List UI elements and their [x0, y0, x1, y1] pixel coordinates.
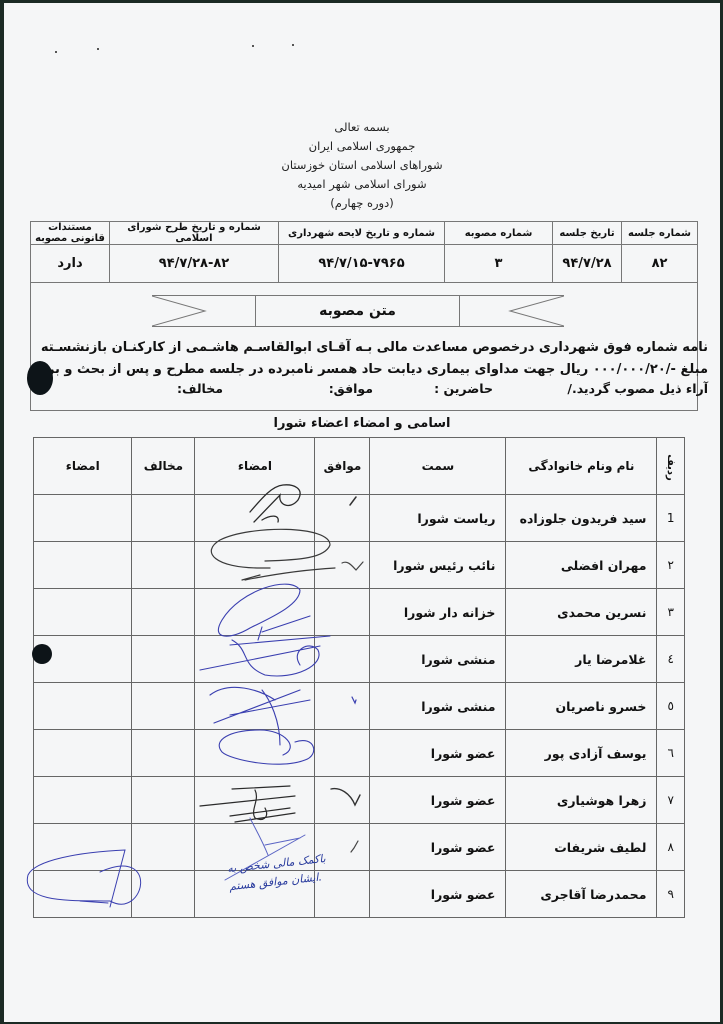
member-oppose-cell — [132, 824, 195, 871]
header-oppose: مخالف — [132, 438, 195, 495]
member-name: غلامرضا یار — [506, 636, 657, 683]
member-role: عضو شورا — [370, 777, 506, 824]
member-signature-cell — [195, 777, 315, 824]
members-header-row: ردیف نام ونام خانوادگی سمت موافق امضاء م… — [34, 438, 685, 495]
member-agree-cell — [315, 542, 370, 589]
document-page: بسمه تعالی جمهوری اسلامی ایران شوراهای ا… — [4, 3, 720, 1022]
member-signature2-cell — [34, 636, 132, 683]
paper-speck — [55, 51, 57, 53]
member-row: ٦ یوسف آزادی پور عضو شورا — [34, 730, 685, 777]
vote-summary: آراء ذیل مصوب گردید./ حاضرین : موافق: مخ… — [40, 381, 708, 403]
letterhead-province-councils: شوراهای اسلامی استان خوزستان — [4, 156, 720, 175]
resolution-banner: متن مصوبه — [152, 295, 564, 327]
header-council-plan: شماره و تاریخ طرح شورای اسلامی — [110, 222, 279, 245]
value-resolution-number: ۳ — [445, 245, 553, 283]
meta-header-row: شماره جلسه تاریخ جلسه شماره مصوبه شماره … — [31, 222, 698, 245]
value-session-date: ۹۴/۷/۲۸ — [553, 245, 622, 283]
members-table: ردیف نام ونام خانوادگی سمت موافق امضاء م… — [33, 437, 685, 918]
member-row: ۸ لطیف شریفات عضو شورا — [34, 824, 685, 871]
header-signature: امضاء — [195, 438, 315, 495]
member-signature2-cell — [34, 589, 132, 636]
paper-speck — [252, 45, 254, 47]
member-name: لطیف شریفات — [506, 824, 657, 871]
member-signature-cell — [195, 683, 315, 730]
member-signature-cell — [195, 636, 315, 683]
member-signature-cell — [195, 589, 315, 636]
value-council-plan: ۹۴/۷/۲۸-۸۲ — [110, 245, 279, 283]
value-municipality-bill: ۹۴/۷/۱۵-۷۹۶۵ — [279, 245, 445, 283]
votes-approved-text: آراء ذیل مصوب گردید./ — [567, 381, 708, 396]
member-oppose-cell — [132, 871, 195, 918]
member-signature2-cell — [34, 777, 132, 824]
member-index: ٥ — [657, 683, 685, 730]
header-role: سمت — [370, 438, 506, 495]
letterhead-city-council: شورای اسلامی شهر امیدیه — [4, 175, 720, 194]
session-meta-table: شماره جلسه تاریخ جلسه شماره مصوبه شماره … — [30, 221, 698, 283]
header-row-number: ردیف — [657, 438, 685, 495]
member-row: ۳ نسرین محمدی خزانه دار شورا — [34, 589, 685, 636]
banner-title: متن مصوبه — [255, 296, 460, 326]
member-name: محمدرضا آقاجری — [506, 871, 657, 918]
member-role: منشی شورا — [370, 683, 506, 730]
value-session-number: ۸۲ — [622, 245, 698, 283]
value-legal-documents: دارد — [31, 245, 110, 283]
member-agree-cell — [315, 495, 370, 542]
member-index: ۹ — [657, 871, 685, 918]
member-signature2-cell — [34, 824, 132, 871]
member-role: منشی شورا — [370, 636, 506, 683]
banner-left-notch-icon — [152, 296, 255, 326]
member-oppose-cell — [132, 495, 195, 542]
resolution-text-line-1: نامه شماره فوق شهرداری درخصوص مساعدت مال… — [40, 337, 708, 359]
member-index: ٤ — [657, 636, 685, 683]
header-signature-2: امضاء — [34, 438, 132, 495]
member-name: یوسف آزادی پور — [506, 730, 657, 777]
resolution-text: نامه شماره فوق شهرداری درخصوص مساعدت مال… — [40, 337, 708, 381]
member-row: ۲ مهران افضلی نائب رئیس شورا — [34, 542, 685, 589]
member-index: ۳ — [657, 589, 685, 636]
member-agree-cell — [315, 683, 370, 730]
member-row: ٤ غلامرضا یار منشی شورا — [34, 636, 685, 683]
member-role: عضو شورا — [370, 730, 506, 777]
letterhead-bismillah: بسمه تعالی — [4, 118, 720, 137]
letterhead: بسمه تعالی جمهوری اسلامی ایران شوراهای ا… — [4, 118, 720, 213]
member-role: عضو شورا — [370, 824, 506, 871]
member-name: سید فریدون جلوزاده — [506, 495, 657, 542]
paper-speck — [292, 44, 294, 46]
member-agree-cell — [315, 777, 370, 824]
member-row: ۷ زهرا هوشیاری عضو شورا — [34, 777, 685, 824]
present-label: حاضرین : — [434, 381, 493, 396]
member-name: مهران افضلی — [506, 542, 657, 589]
resolution-text-line-2: مبلغ -/۰۰۰/۰۰۰/۲۰ ریال جهت مداوای بیماری… — [40, 359, 708, 381]
member-agree-cell — [315, 589, 370, 636]
member-oppose-cell — [132, 777, 195, 824]
banner-right-notch-icon — [458, 296, 564, 326]
header-resolution-number: شماره مصوبه — [445, 222, 553, 245]
member-index: ۸ — [657, 824, 685, 871]
member-signature-cell — [195, 542, 315, 589]
header-full-name: نام ونام خانوادگی — [506, 438, 657, 495]
member-row: 1 سید فریدون جلوزاده ریاست شورا — [34, 495, 685, 542]
member-name: نسرین محمدی — [506, 589, 657, 636]
member-signature2-cell — [34, 871, 132, 918]
member-agree-cell — [315, 636, 370, 683]
member-agree-cell — [315, 730, 370, 777]
header-session-number: شماره جلسه — [622, 222, 698, 245]
members-title: اسامی و امضاء اعضاء شورا — [4, 416, 720, 431]
member-row: ٥ خسرو ناصریان منشی شورا — [34, 683, 685, 730]
member-signature2-cell — [34, 730, 132, 777]
member-role: عضو شورا — [370, 871, 506, 918]
member-oppose-cell — [132, 730, 195, 777]
member-index: 1 — [657, 495, 685, 542]
member-oppose-cell — [132, 589, 195, 636]
meta-value-row: ۸۲ ۹۴/۷/۲۸ ۳ ۹۴/۷/۱۵-۷۹۶۵ ۹۴/۷/۲۸-۸۲ دار… — [31, 245, 698, 283]
member-index: ۷ — [657, 777, 685, 824]
member-role: ریاست شورا — [370, 495, 506, 542]
member-signature2-cell — [34, 542, 132, 589]
member-name: خسرو ناصریان — [506, 683, 657, 730]
member-oppose-cell — [132, 636, 195, 683]
member-index: ۲ — [657, 542, 685, 589]
member-role: خزانه دار شورا — [370, 589, 506, 636]
member-oppose-cell — [132, 542, 195, 589]
letterhead-country: جمهوری اسلامی ایران — [4, 137, 720, 156]
header-session-date: تاریخ جلسه — [553, 222, 622, 245]
paper-speck — [97, 48, 99, 50]
header-municipality-bill: شماره و تاریخ لایحه شهرداری — [279, 222, 445, 245]
member-index: ٦ — [657, 730, 685, 777]
member-signature-cell — [195, 495, 315, 542]
header-agree: موافق — [315, 438, 370, 495]
member-name: زهرا هوشیاری — [506, 777, 657, 824]
member-signature-cell — [195, 730, 315, 777]
member-role: نائب رئیس شورا — [370, 542, 506, 589]
member-signature2-cell — [34, 683, 132, 730]
member-signature2-cell — [34, 495, 132, 542]
header-legal-documents: مستندات قانونی مصوبه — [31, 222, 110, 245]
member-row: ۹ محمدرضا آقاجری عضو شورا — [34, 871, 685, 918]
oppose-label: مخالف: — [177, 381, 223, 396]
letterhead-term: (دوره چهارم) — [4, 194, 720, 213]
agree-label: موافق: — [329, 381, 373, 396]
member-oppose-cell — [132, 683, 195, 730]
